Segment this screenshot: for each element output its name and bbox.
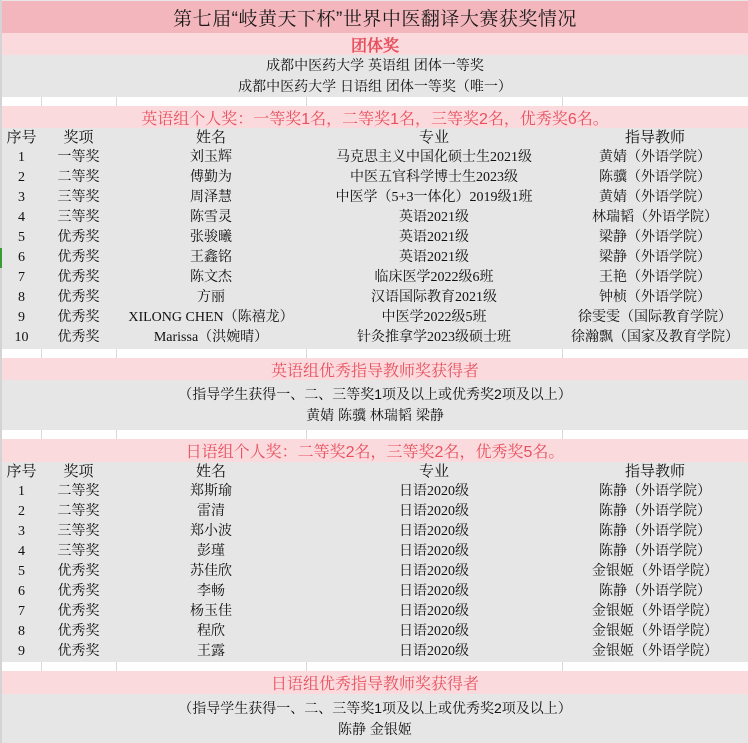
table-row: 4三等奖彭瑾日语2020级陈静（外语学院）: [2, 542, 748, 562]
cell-no[interactable]: 5: [2, 228, 41, 248]
cell-award[interactable]: 三等奖: [41, 208, 116, 228]
table-row: 10优秀奖Marissa（洪婉晴）针灸推拿学2023级硕士班徐瀚飘（国家及教育学…: [2, 328, 748, 348]
table-row: 2二等奖雷清日语2020级陈静（外语学院）: [2, 502, 748, 522]
english-individual-table: 序号 奖项 姓名 专业 指导教师 1一等奖刘玉辉马克思主义中国化硕士生2021级…: [2, 128, 748, 348]
cell-award[interactable]: 二等奖: [41, 502, 116, 522]
cell-no[interactable]: 3: [2, 188, 41, 208]
cell-no[interactable]: 7: [2, 602, 41, 622]
cell-award[interactable]: 优秀奖: [41, 562, 116, 582]
table-row: 5优秀奖苏佳欣日语2020级金银姬（外语学院）: [2, 562, 748, 582]
cell-name[interactable]: 傅勤为: [116, 168, 306, 188]
cell-award[interactable]: 三等奖: [41, 522, 116, 542]
cell-name[interactable]: 陈文杰: [116, 268, 306, 288]
cell-teacher[interactable]: 王艳（外语学院）: [562, 268, 748, 288]
cell-award[interactable]: 优秀奖: [41, 582, 116, 602]
cell-teacher[interactable]: 金银姬（外语学院）: [562, 562, 748, 582]
cell-no[interactable]: 3: [2, 522, 41, 542]
cell-major[interactable]: 中医学（5+3一体化）2019级1班: [306, 188, 562, 208]
english-individual-heading[interactable]: 英语组个人奖：一等奖1名，二等奖1名，三等奖2名，优秀奖6名。: [2, 106, 748, 128]
col-header-name[interactable]: 姓名: [116, 128, 306, 148]
col-header-major[interactable]: 专业: [306, 128, 562, 148]
page-title[interactable]: 第七届“岐黄天下杯”世界中医翻译大赛获奖情况: [2, 1, 748, 33]
col-header-no[interactable]: 序号: [2, 462, 41, 482]
cell-major[interactable]: 马克思主义中国化硕士生2021级: [306, 148, 562, 168]
cell-award[interactable]: 优秀奖: [41, 622, 116, 642]
table-row: 7优秀奖陈文杰临床医学2022级6班王艳（外语学院）: [2, 268, 748, 288]
cell-no[interactable]: 10: [2, 328, 41, 348]
cell-name[interactable]: XILONG CHEN（陈禧龙）: [116, 308, 306, 328]
team-award-heading[interactable]: 团体奖: [2, 33, 748, 55]
team-award-line[interactable]: 成都中医药大学 日语组 团体一等奖（唯一）: [238, 76, 512, 97]
japanese-teacher-award-body: （指导学生获得一、二、三等奖1项及以上或优秀奖2项及以上） 陈静 金银姬: [2, 694, 748, 743]
table-row: 4三等奖陈雪灵英语2021级林瑞韬（外语学院）: [2, 208, 748, 228]
cell-teacher[interactable]: 黄婧（外语学院）: [562, 148, 748, 168]
cell-name[interactable]: 雷清: [116, 502, 306, 522]
cell-no[interactable]: 9: [2, 642, 41, 662]
cell-major[interactable]: 日语2020级: [306, 602, 562, 622]
table-row: 6优秀奖李畅日语2020级陈静（外语学院）: [2, 582, 748, 602]
cell-award[interactable]: 一等奖: [41, 148, 116, 168]
cell-name[interactable]: 张骏曦: [116, 228, 306, 248]
cell-major[interactable]: 针灸推拿学2023级硕士班: [306, 328, 562, 348]
cell-major[interactable]: 日语2020级: [306, 642, 562, 662]
cell-no[interactable]: 7: [2, 268, 41, 288]
cell-no[interactable]: 1: [2, 482, 41, 502]
cell-award[interactable]: 三等奖: [41, 542, 116, 562]
table-row: 7优秀奖杨玉佳日语2020级金银姬（外语学院）: [2, 602, 748, 622]
cell-no[interactable]: 9: [2, 308, 41, 328]
cell-no[interactable]: 5: [2, 562, 41, 582]
cell-name[interactable]: 程欣: [116, 622, 306, 642]
cell-award[interactable]: 优秀奖: [41, 248, 116, 268]
col-header-teacher[interactable]: 指导教师: [562, 128, 748, 148]
table-row: 1二等奖郑斯瑜日语2020级陈静（外语学院）: [2, 482, 748, 502]
cell-teacher[interactable]: 陈静（外语学院）: [562, 542, 748, 562]
english-teacher-award-body: （指导学生获得一、二、三等奖1项及以上或优秀奖2项及以上） 黄婧 陈骥 林瑞韬 …: [2, 380, 748, 430]
cell-major[interactable]: 英语2021级: [306, 228, 562, 248]
cell-award[interactable]: 优秀奖: [41, 642, 116, 662]
table-row: 6优秀奖王鑫铭英语2021级梁静（外语学院）: [2, 248, 748, 268]
cell-name[interactable]: 周泽慧: [116, 188, 306, 208]
cell-no[interactable]: 8: [2, 622, 41, 642]
cell-name[interactable]: 刘玉辉: [116, 148, 306, 168]
cell-name[interactable]: 苏佳欣: [116, 562, 306, 582]
cell-teacher[interactable]: 黄婧（外语学院）: [562, 188, 748, 208]
cell-teacher[interactable]: 徐瀚飘（国家及教育学院）: [562, 328, 748, 348]
table-header-row: 序号 奖项 姓名 专业 指导教师: [2, 128, 748, 148]
cell-major[interactable]: 汉语国际教育2021级: [306, 288, 562, 308]
team-award-body: 成都中医药大学 英语组 团体一等奖 成都中医药大学 日语组 团体一等奖（唯一）: [2, 55, 748, 97]
cell-major[interactable]: 临床医学2022级6班: [306, 268, 562, 288]
cell-no[interactable]: 2: [2, 502, 41, 522]
col-header-award[interactable]: 奖项: [41, 128, 116, 148]
japanese-individual-table: 序号 奖项 姓名 专业 指导教师 1二等奖郑斯瑜日语2020级陈静（外语学院） …: [2, 462, 748, 662]
cell-major[interactable]: 英语2021级: [306, 208, 562, 228]
cell-name[interactable]: 陈雪灵: [116, 208, 306, 228]
cell-no[interactable]: 2: [2, 168, 41, 188]
cell-major[interactable]: 日语2020级: [306, 622, 562, 642]
col-header-award[interactable]: 奖项: [41, 462, 116, 482]
table-row: 2二等奖傅勤为中医五官科学博士生2023级陈骥（外语学院）: [2, 168, 748, 188]
cell-no[interactable]: 8: [2, 288, 41, 308]
cell-teacher[interactable]: 梁静（外语学院）: [562, 248, 748, 268]
cell-award[interactable]: 二等奖: [41, 482, 116, 502]
cell-name[interactable]: 李畅: [116, 582, 306, 602]
cell-major[interactable]: 日语2020级: [306, 502, 562, 522]
cell-award[interactable]: 三等奖: [41, 188, 116, 208]
cell-no[interactable]: 4: [2, 542, 41, 562]
table-row: 3三等奖郑小波日语2020级陈静（外语学院）: [2, 522, 748, 542]
col-header-teacher[interactable]: 指导教师: [562, 462, 748, 482]
table-row: 8优秀奖方丽汉语国际教育2021级钟桢（外语学院）: [2, 288, 748, 308]
cell-no[interactable]: 6: [2, 248, 41, 268]
table-row: 8优秀奖程欣日语2020级金银姬（外语学院）: [2, 622, 748, 642]
cell-name[interactable]: 王鑫铭: [116, 248, 306, 268]
cell-teacher[interactable]: 金银姬（外语学院）: [562, 642, 748, 662]
cell-major[interactable]: 日语2020级: [306, 482, 562, 502]
cell-teacher[interactable]: 钟桢（外语学院）: [562, 288, 748, 308]
teacher-award-criteria[interactable]: （指导学生获得一、二、三等奖1项及以上或优秀奖2项及以上）: [178, 698, 572, 719]
cell-award[interactable]: 优秀奖: [41, 602, 116, 622]
english-teacher-award-heading[interactable]: 英语组优秀指导教师奖获得者: [2, 358, 748, 380]
cell-name[interactable]: 杨玉佳: [116, 602, 306, 622]
col-header-name[interactable]: 姓名: [116, 462, 306, 482]
cell-award[interactable]: 优秀奖: [41, 288, 116, 308]
cell-award[interactable]: 优秀奖: [41, 228, 116, 248]
cell-name[interactable]: 方丽: [116, 288, 306, 308]
cell-award[interactable]: 优秀奖: [41, 328, 116, 348]
cell-name[interactable]: 彭瑾: [116, 542, 306, 562]
table-row: 5优秀奖张骏曦英语2021级梁静（外语学院）: [2, 228, 748, 248]
col-header-major[interactable]: 专业: [306, 462, 562, 482]
spacer-row: [2, 662, 748, 671]
teacher-award-names[interactable]: 黄婧 陈骥 林瑞韬 梁静: [306, 405, 444, 426]
cell-teacher[interactable]: 陈静（外语学院）: [562, 502, 748, 522]
cell-major[interactable]: 日语2020级: [306, 562, 562, 582]
cell-teacher[interactable]: 徐雯雯（国际教育学院）: [562, 308, 748, 328]
cell-teacher[interactable]: 陈静（外语学院）: [562, 522, 748, 542]
table-row: 1一等奖刘玉辉马克思主义中国化硕士生2021级黄婧（外语学院）: [2, 148, 748, 168]
team-award-line[interactable]: 成都中医药大学 英语组 团体一等奖: [266, 55, 484, 76]
cell-teacher[interactable]: 金银姬（外语学院）: [562, 602, 748, 622]
cell-teacher[interactable]: 梁静（外语学院）: [562, 228, 748, 248]
cell-name[interactable]: 郑小波: [116, 522, 306, 542]
cell-major[interactable]: 中医五官科学博士生2023级: [306, 168, 562, 188]
table-row: 9优秀奖XILONG CHEN（陈禧龙）中医学2022级5班徐雯雯（国际教育学院…: [2, 308, 748, 328]
cell-award[interactable]: 优秀奖: [41, 268, 116, 288]
cell-teacher[interactable]: 陈静（外语学院）: [562, 482, 748, 502]
cell-award[interactable]: 二等奖: [41, 168, 116, 188]
cell-major[interactable]: 中医学2022级5班: [306, 308, 562, 328]
cell-name[interactable]: 郑斯瑜: [116, 482, 306, 502]
spacer-row: [2, 430, 748, 439]
table-row: 9优秀奖王露日语2020级金银姬（外语学院）: [2, 642, 748, 662]
teacher-award-names[interactable]: 陈静 金银姬: [338, 719, 412, 740]
cell-no[interactable]: 6: [2, 582, 41, 602]
cell-teacher[interactable]: 陈静（外语学院）: [562, 582, 748, 602]
cell-teacher[interactable]: 陈骥（外语学院）: [562, 168, 748, 188]
cell-major[interactable]: 日语2020级: [306, 542, 562, 562]
cell-name[interactable]: 王露: [116, 642, 306, 662]
teacher-award-criteria[interactable]: （指导学生获得一、二、三等奖1项及以上或优秀奖2项及以上）: [178, 384, 572, 405]
cell-name[interactable]: Marissa（洪婉晴）: [116, 328, 306, 348]
japanese-individual-heading[interactable]: 日语组个人奖：二等奖2名，三等奖2名，优秀奖5名。: [2, 439, 748, 462]
cell-no[interactable]: 1: [2, 148, 41, 168]
col-header-no[interactable]: 序号: [2, 128, 41, 148]
cell-major[interactable]: 日语2020级: [306, 582, 562, 602]
table-header-row: 序号 奖项 姓名 专业 指导教师: [2, 462, 748, 482]
cell-no[interactable]: 4: [2, 208, 41, 228]
japanese-teacher-award-heading[interactable]: 日语组优秀指导教师奖获得者: [2, 671, 748, 694]
cell-major[interactable]: 日语2020级: [306, 522, 562, 542]
table-row: 3三等奖周泽慧中医学（5+3一体化）2019级1班黄婧（外语学院）: [2, 188, 748, 208]
cell-award[interactable]: 优秀奖: [41, 308, 116, 328]
cell-major[interactable]: 英语2021级: [306, 248, 562, 268]
cell-teacher[interactable]: 林瑞韬（外语学院）: [562, 208, 748, 228]
cell-teacher[interactable]: 金银姬（外语学院）: [562, 622, 748, 642]
